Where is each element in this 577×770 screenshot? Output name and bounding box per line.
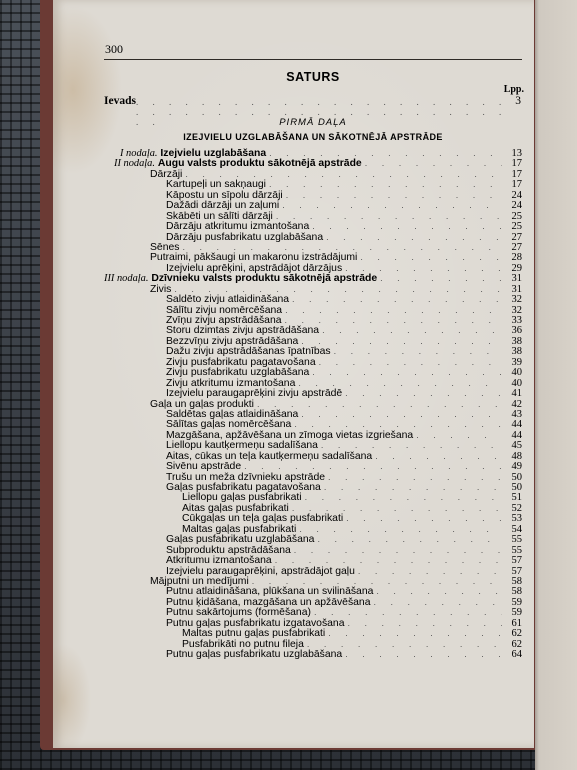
dot-leader	[307, 639, 502, 649]
toc-entry: Zivju pusfabrikatu pagatavošana39	[104, 357, 522, 367]
toc-entry: Maltas gaļas pusfabrikati54	[104, 524, 522, 534]
dot-leader	[334, 346, 502, 356]
toc-entry: Bezzvīņu zivju apstrādāšana38	[104, 336, 522, 346]
dot-leader	[358, 566, 502, 576]
toc-entry: Kartupeļi un sakņaugi17	[104, 179, 522, 189]
entry-page: 25	[502, 222, 522, 232]
dot-leader	[345, 263, 502, 273]
dot-leader	[324, 482, 502, 492]
chapter-prefix: I nodaļa.	[120, 148, 158, 159]
entry-label: Sivēnu apstrāde	[166, 462, 244, 472]
table-of-contents: I nodaļa. Izejvielu uzglabāšana13II noda…	[104, 148, 522, 659]
toc-entry: Zvīņu zivju apstrādāšana33	[104, 315, 522, 325]
toc-entry: Mazgāšana, apžāvēšana un zīmoga vietas i…	[104, 430, 522, 440]
dot-leader	[374, 597, 503, 607]
toc-entry: Sēnes27	[104, 242, 522, 252]
dot-leader	[285, 315, 502, 325]
dot-leader	[301, 409, 502, 419]
toc-entry: Dārzāju atkritumu izmantošana25	[104, 221, 522, 231]
toc-entry: Liellopu gaļas pusfabrikati51	[104, 492, 522, 502]
toc-entry: Dažādi dārzāji un zaļumi24	[104, 200, 522, 210]
toc-entry: Gaļa un gaļas produkti42	[104, 399, 522, 409]
dot-leader	[326, 232, 502, 242]
toc-entry: Saldētas gaļas atlaidināšana43	[104, 409, 522, 419]
dot-leader	[294, 545, 502, 555]
dot-leader	[314, 607, 502, 617]
dot-leader	[182, 242, 502, 252]
dot-leader	[312, 221, 502, 231]
toc-entry: Kāpostu un sīpolu dārzāji24	[104, 190, 522, 200]
page-column-header: Lpp.	[504, 84, 524, 95]
dot-leader	[348, 618, 503, 628]
toc-entry: Putnu gaļas pusfabrikatu uzglabāšana64	[104, 649, 522, 659]
dot-leader	[174, 284, 502, 294]
dot-leader	[257, 399, 502, 409]
entry-page: 49	[502, 462, 522, 472]
toc-entry: Putnu ķidāšana, mazgāšana un apžāvēšana5…	[104, 597, 522, 607]
dot-leader	[376, 586, 502, 596]
dot-leader	[328, 472, 502, 482]
dot-leader	[317, 534, 502, 544]
dot-leader	[292, 503, 502, 513]
page-title: SATURS	[104, 70, 522, 84]
toc-entry: Sālītas gaļas nomērcēšana44	[104, 419, 522, 429]
toc-entry: Izejvielu paraugaprēķini, apstrādājot ga…	[104, 566, 522, 576]
dot-leader	[345, 388, 502, 398]
toc-entry: Putnu gaļas pusfabrikatu izgatavošana61	[104, 618, 522, 628]
toc-entry: Storu dzimtas zivju apstrādāšana36	[104, 325, 522, 335]
entry-label: Putnu gaļas pusfabrikatu uzglabāšana	[166, 650, 345, 660]
toc-entry: Sivēnu apstrāde49	[104, 461, 522, 471]
dot-leader	[365, 158, 502, 168]
dot-leader	[346, 513, 502, 523]
part-subtitle: IZEJVIELU UZGLABĀŠANA UN SĀKOTNĒJĀ APSTR…	[104, 132, 522, 142]
dot-leader	[185, 169, 502, 179]
toc-entry: Dārzāju pusfabrikatu uzglabāšana27	[104, 232, 522, 242]
dot-leader	[252, 576, 502, 586]
toc-entry: Zivju pusfabrikatu uzglabāšana40	[104, 367, 522, 377]
dot-leader	[301, 336, 502, 346]
dot-leader	[416, 430, 502, 440]
toc-entry: Izejvielu paraugaprēķini zivju apstrādē4…	[104, 388, 522, 398]
chapter-prefix: II nodaļa.	[114, 158, 155, 169]
toc-entry: Aitas, cūkas un teļa kautķermeņu sadalīš…	[104, 451, 522, 461]
part-title: PIRMĀ DAĻA	[104, 117, 522, 128]
toc-entry: Dažu zivju apstrādāšanas īpatnības38	[104, 346, 522, 356]
dot-leader	[294, 419, 502, 429]
toc-entry: Putnu atlaidināšana, plūkšana un svilinā…	[104, 586, 522, 596]
entry-page: 64	[502, 650, 522, 660]
toc-entry: Saldēto zivju atlaidināšana32	[104, 294, 522, 304]
dot-leader	[275, 555, 502, 565]
toc-entry: III nodaļa. Dzīvnieku valsts produktu sā…	[104, 273, 522, 283]
chapter-title: Augu valsts produktu sākotnējā apstrāde	[158, 158, 362, 169]
toc-entry: II nodaļa. Augu valsts produktu sākotnēj…	[104, 158, 522, 168]
chapter-prefix: III nodaļa.	[104, 273, 148, 284]
toc-entry: Sālītu zivju nomērcēšana32	[104, 305, 522, 315]
toc-entry: Dārzāji17	[104, 169, 522, 179]
toc-entry: Liellopu kautķermeņu sadalīšana45	[104, 440, 522, 450]
dot-leader	[321, 440, 502, 450]
dot-leader	[292, 294, 502, 304]
toc-entry: Gaļas pusfabrikatu pagatavošana50	[104, 482, 522, 492]
toc-entry: Maltas putnu gaļas pusfabrikati62	[104, 628, 522, 638]
entry-page: 62	[502, 629, 522, 639]
dot-leader	[282, 200, 502, 210]
toc-entry: Aitas gaļas pusfabrikati52	[104, 503, 522, 513]
dot-leader	[380, 273, 502, 283]
dot-leader	[360, 252, 502, 262]
dot-leader	[322, 325, 502, 335]
toc-entry: Cūkgaļas un teļa gaļas pusfabrikati53	[104, 513, 522, 523]
next-page-edge	[535, 0, 577, 770]
toc-entry: Izejvielu aprēķini, apstrādājot dārzājus…	[104, 263, 522, 273]
dot-leader	[276, 211, 502, 221]
chapter-title: Dzīvnieku valsts produktu sākotnējā apst…	[151, 273, 377, 284]
dot-leader	[305, 492, 502, 502]
dot-leader	[312, 367, 502, 377]
toc-entry: Atkritumu izmantošana57	[104, 555, 522, 565]
toc-entry: Putraimi, pākšaugi un makaronu izstrādāj…	[104, 252, 522, 262]
dot-leader	[298, 378, 502, 388]
entry-page: 41	[502, 389, 522, 399]
toc-entry: Skābēti un sālīti dārzāji25	[104, 211, 522, 221]
page-number: 300	[105, 42, 123, 57]
dot-leader	[269, 148, 502, 158]
entry-label: Atkritumu izmantošana	[166, 556, 275, 566]
toc-entry: I nodaļa. Izejvielu uzglabāšana13	[104, 148, 522, 158]
dot-leader	[299, 524, 502, 534]
dot-leader	[319, 357, 502, 367]
toc-entry: Zivis31	[104, 284, 522, 294]
entry-page: 32	[502, 295, 522, 305]
dot-leader	[345, 649, 502, 659]
dot-leader	[285, 305, 502, 315]
toc-entry: Mājputni un medījumi58	[104, 576, 522, 586]
book-page: 300 SATURS Lpp. Ievads 3 PIRMĀ DAĻA IZEJ…	[53, 0, 534, 748]
entry-label: Saldēto zivju atlaidināšana	[166, 295, 292, 305]
dot-leader	[375, 451, 502, 461]
header-rule	[104, 59, 522, 60]
toc-entry: Zivju atkritumu izmantošana40	[104, 378, 522, 388]
toc-entry: Gaļas pusfabrikatu uzglabāšana55	[104, 534, 522, 544]
toc-entry: Pusfabrikāti no putnu fileja62	[104, 639, 522, 649]
entry-label: Dārzāju atkritumu izmantošana	[166, 222, 312, 232]
dot-leader	[328, 628, 502, 638]
dot-leader	[244, 461, 502, 471]
toc-entry: Putnu sakārtojums (formēšana)59	[104, 607, 522, 617]
dot-leader	[269, 179, 502, 189]
toc-entry: Subproduktu apstrādāšana55	[104, 545, 522, 555]
entry-page: 57	[502, 556, 522, 566]
toc-entry: Trušu un meža dzīvnieku apstrāde50	[104, 472, 522, 482]
chapter-title: Izejvielu uzglabāšana	[160, 148, 266, 159]
dot-leader	[286, 190, 502, 200]
